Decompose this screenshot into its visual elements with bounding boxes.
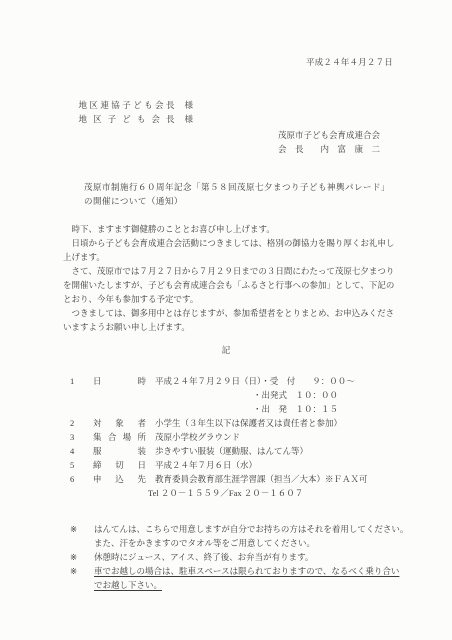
item-value: 平成２４年７月２９日（日）・受 付 ９：００～ (155, 374, 355, 388)
list-item-datetime: 1 日時 平成２４年７月２９日（日）・受 付 ９：００～ (70, 374, 355, 388)
recipient-name: 地区子ども会長 (79, 112, 175, 126)
item-label: 集合場所 (93, 430, 146, 444)
subject-line-2: の開催について（通知） (84, 194, 390, 208)
item-number: 6 (70, 472, 93, 486)
body-paragraph: さて、茂原市では７月２７日から７月２９日までの３日間にわたって茂原七夕まつり を… (63, 264, 399, 306)
item-number: 4 (70, 444, 93, 458)
paragraph-line: 日頃から子ども会育成連合会活動につきましては、格別の御協力を賜り厚くお礼申し (63, 236, 399, 250)
notes-section: ※ はんてんは、こちらで用意しますが自分でお持ちの方はそれを着用してください。 … (70, 522, 410, 592)
sender-signature: 会 長 内 富 康 二 (278, 142, 380, 156)
note-text: 車でお越しの場合は、駐車スペースは限られておりますので、なるべく乗り合い (94, 564, 410, 578)
note-marker: ※ (70, 522, 77, 536)
note-refreshments: ※ 休憩時にジュース、アイス、終了後、お弁当が有ります。 (70, 550, 410, 564)
body-paragraph: つきましては、御多用中とは存じますが、参加希望者をとりまとめ、お申込みくださ い… (63, 306, 399, 334)
item-number: 5 (70, 458, 93, 472)
paragraph-line: いますようお願い申し上げます。 (63, 320, 399, 334)
list-item-application: 6 申込先 教育委員会教育部生涯学習課（担当／大本）※ＦＡＸ可 (70, 472, 368, 486)
list-item-meeting-place: 3 集合場所 茂原小学校グラウンド (70, 430, 240, 444)
paragraph-line: さて、茂原市では７月２７日から７月２９日までの３日間にわたって茂原七夕まつり (63, 264, 399, 278)
item-label: 申込先 (93, 472, 146, 486)
recipient-honorific: 様 (185, 114, 194, 124)
note-text: 休憩時にジュース、アイス、終了後、お弁当が有ります。 (94, 550, 410, 564)
note-hanten: ※ はんてんは、こちらで用意しますが自分でお持ちの方はそれを着用してください。 … (70, 522, 410, 550)
note-marker: ※ (70, 564, 77, 578)
body-paragraph: 日頃から子ども会育成連合会活動につきましては、格別の御協力を賜り厚くお礼申し 上… (63, 236, 399, 264)
list-item-clothing: 4 服装 歩きやすい服装（運動服、はんてん等） (70, 444, 308, 458)
paragraph-line: を開催いたしますが、子ども会育成連合会も「ふるさと行事への参加」として、下記の (63, 278, 399, 292)
paragraph-line: 時下、ますます御健勝のこととお喜び申し上げます。 (63, 222, 399, 236)
item-label: 締切日 (93, 458, 146, 472)
list-item-deadline: 5 締切日 平成２４年７月６日（水） (70, 458, 257, 472)
recipient-line: 地区子ども会長様 (70, 98, 193, 112)
paragraph-line: 上げます。 (63, 250, 399, 264)
item-label: 服装 (93, 444, 146, 458)
item-value: 茂原小学校グラウンド (155, 430, 240, 444)
schedule-sub-line: ・出発式 １０：００ (253, 388, 338, 402)
subject-line-1: 茂原市制施行６０周年記念「第５８回茂原七夕まつり子ども神輿パレード」 (84, 180, 390, 194)
subject-block: 茂原市制施行６０周年記念「第５８回茂原七夕まつり子ども神輿パレード」 の開催につ… (84, 180, 390, 208)
item-number: 1 (70, 374, 93, 388)
contact-phone-line: Tel ２０－１５５９／Fax ２０－１６０７ (148, 486, 303, 500)
note-text: でお越し下さい。 (94, 578, 410, 592)
paragraph-line: つきましては、御多用中とは存じますが、参加希望者をとりまとめ、お申込みくださ (63, 306, 399, 320)
note-text: はんてんは、こちらで用意しますが自分でお持ちの方はそれを着用してください。 (94, 522, 410, 536)
item-value: 教育委員会教育部生涯学習課（担当／大本）※ＦＡＸ可 (155, 472, 368, 486)
item-label: 日時 (93, 374, 146, 388)
schedule-sub-line: ・出 発 １０：１５ (253, 402, 338, 416)
note-marker: ※ (70, 550, 77, 564)
letter-date: 平成２４年４月２７日 (306, 55, 393, 69)
item-value: 小学生（３年生以下は保護者又は責任者と参加） (155, 416, 342, 430)
item-number: 3 (70, 430, 93, 444)
paragraph-line: とおり、今年も参加する予定です。 (63, 292, 399, 306)
body-paragraph: 時下、ますます御健勝のこととお喜び申し上げます。 (63, 222, 399, 236)
item-number: 2 (70, 416, 93, 430)
note-text: また、汗をかきますのでタオル等をご用意してください。 (94, 536, 410, 550)
list-item-target: 2 対象者 小学生（３年生以下は保護者又は責任者と参加） (70, 416, 342, 430)
item-value: 平成２４年７月６日（水） (155, 458, 257, 472)
item-label: 対象者 (93, 416, 146, 430)
letter-page: 平成２４年４月２７日 地区連協子ども会長様 地区子ども会長様 茂原市子ども会育成… (0, 0, 452, 640)
recipient-line: 地区連協子ども会長様 (70, 84, 193, 98)
record-marker: 記 (0, 343, 452, 357)
item-value: 歩きやすい服装（運動服、はんてん等） (155, 444, 308, 458)
sender-organization: 茂原市子ども会育成連合会 (278, 128, 380, 142)
note-parking: ※ 車でお越しの場合は、駐車スペースは限られておりますので、なるべく乗り合い で… (70, 564, 410, 592)
